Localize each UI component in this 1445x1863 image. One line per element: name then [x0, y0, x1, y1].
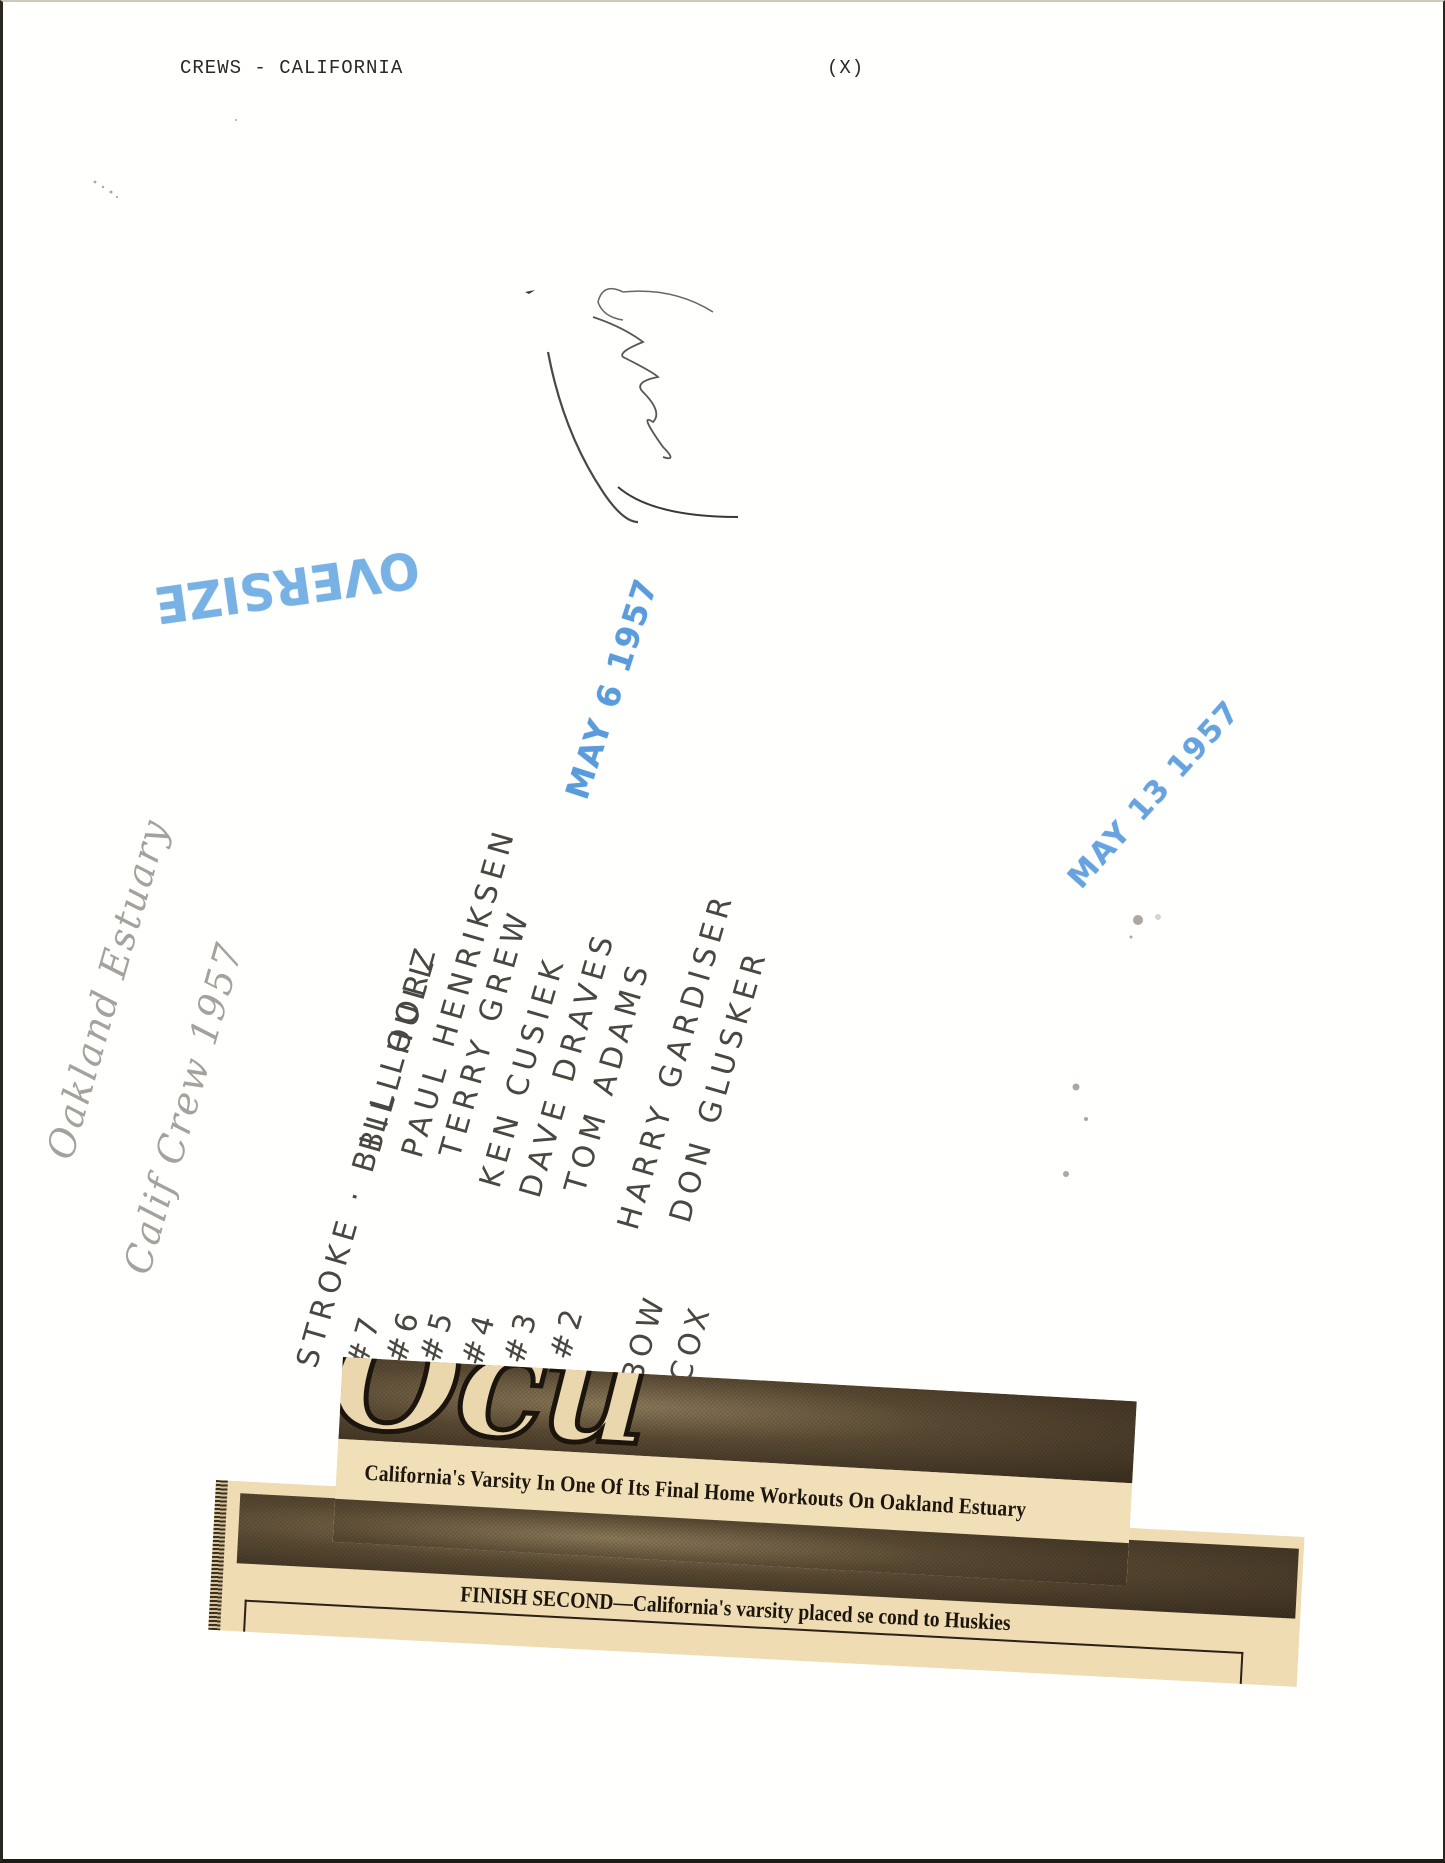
photo-back-sheet: CREWS - CALIFORNIA (X) OVERSIZE MAY 6 19…: [0, 0, 1445, 1863]
rule-line: [1239, 1652, 1243, 1687]
signature-scribble: [503, 272, 743, 532]
